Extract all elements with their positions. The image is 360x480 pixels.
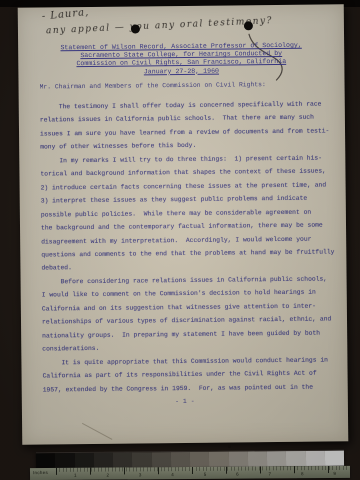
grayscale-step [248,451,267,466]
ruler-number: 3 [139,472,142,477]
grayscale-step [74,453,93,468]
ruler-number: 2 [106,473,109,478]
dust-speck [228,445,231,448]
grayscale-step [151,452,170,467]
ruler-number: 5 [204,472,207,477]
ruler-number: 9 [333,471,336,476]
grayscale-step [190,452,209,467]
grayscale-step [171,452,190,467]
ruler-numbers: 123456789 [74,471,336,478]
typed-line: 1957, extended by the Congress in 1959. … [43,380,345,397]
grayscale-step [36,453,55,468]
grayscale-step [132,452,151,467]
grayscale-step [267,451,286,466]
ink-blot [244,21,253,30]
ruler-number: 4 [171,472,174,477]
grayscale-step [286,451,305,466]
grayscale-step [228,451,247,466]
ruler-strip: Inches 123456789 [30,466,350,480]
ruler-label: Inches [33,470,48,475]
page-number: - 1 - [22,396,348,406]
grayscale-step [305,451,324,466]
document-heading: Statement of Wilson Record, Associate Pr… [18,41,344,77]
ruler-number: 8 [301,471,304,476]
ruler-number: 6 [236,472,239,477]
salutation-line: Mr. Chairman and Members of the Commissi… [40,81,266,90]
ruler-number: 7 [269,471,272,476]
grayscale-step [325,451,344,466]
grayscale-step [113,453,132,468]
grayscale-step [94,453,113,468]
ink-blot [131,24,140,33]
grayscale-step [55,453,74,468]
document-paper: - Laura, any appeal — you any oral testi… [18,4,349,444]
paper-crease [82,423,112,440]
document-body: The testimony I shall offer today is con… [40,97,345,396]
handwritten-annotation: - Laura, [41,7,89,23]
grayscale-step [209,452,228,467]
ruler-number: 1 [74,473,77,478]
handwritten-annotation: any appeal — you any oral testimony? [46,16,273,36]
